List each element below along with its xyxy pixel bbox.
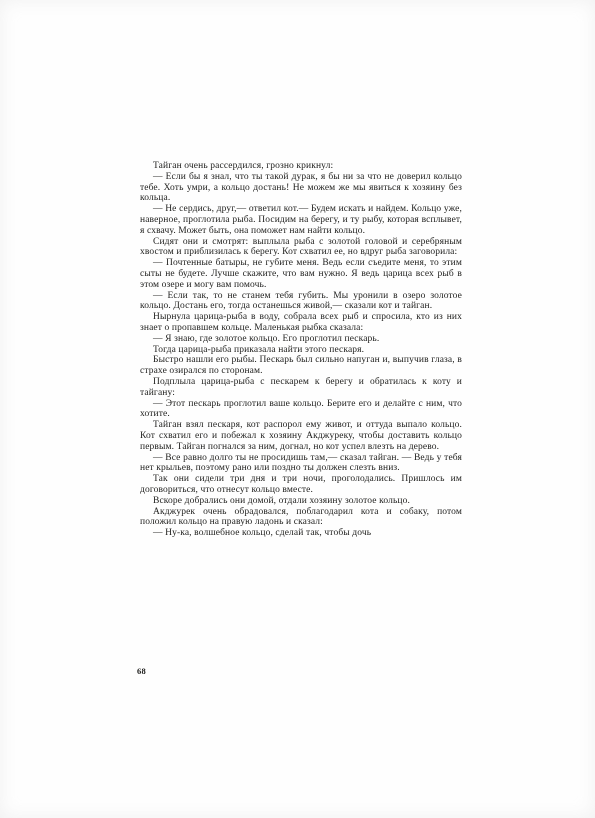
paragraph: Подплыла царица-рыба с пескарем к берегу… bbox=[140, 377, 462, 399]
text-block: Тайган очень рассердился, грозно крикнул… bbox=[140, 161, 462, 539]
paragraph: Тайган очень рассердился, грозно крикнул… bbox=[140, 161, 462, 172]
paragraph: — Если бы я знал, что ты такой дурак, я … bbox=[140, 172, 462, 204]
paragraph: Нырнула царица-рыба в воду, собрала всех… bbox=[140, 312, 462, 334]
paragraph: — Этот пескарь проглотил ваше кольцо. Бе… bbox=[140, 399, 462, 421]
paragraph: — Не сердись, друг,— ответил кот.— Будем… bbox=[140, 204, 462, 236]
paragraph: Акджурек очень обрадовался, поблагодарил… bbox=[140, 507, 462, 529]
paragraph: Так они сидели три дня и три ночи, прого… bbox=[140, 474, 462, 496]
paragraph: — Почтенные батыры, не губите меня. Ведь… bbox=[140, 258, 462, 290]
paragraph: — Я знаю, где золотое кольцо. Его прогло… bbox=[140, 334, 462, 345]
paragraph: Тогда царица-рыба приказала найти этого … bbox=[140, 345, 462, 356]
paragraph: — Все равно долго ты не просидишь там,— … bbox=[140, 453, 462, 475]
paragraph: Вскоре добрались они домой, отдали хозяи… bbox=[140, 496, 462, 507]
paragraph: — Ну-ка, волшебное кольцо, сделай так, ч… bbox=[140, 528, 462, 539]
paragraph: Быстро нашли его рыбы. Пескарь был сильн… bbox=[140, 355, 462, 377]
book-page: Тайган очень рассердился, грозно крикнул… bbox=[0, 0, 595, 818]
paragraph: Тайган взял пескаря, кот распорол ему жи… bbox=[140, 420, 462, 452]
paragraph: — Если так, то не станем тебя губить. Мы… bbox=[140, 291, 462, 313]
paragraph: Сидят они и смотрят: выплыла рыба с золо… bbox=[140, 237, 462, 259]
page-number: 68 bbox=[137, 666, 146, 676]
